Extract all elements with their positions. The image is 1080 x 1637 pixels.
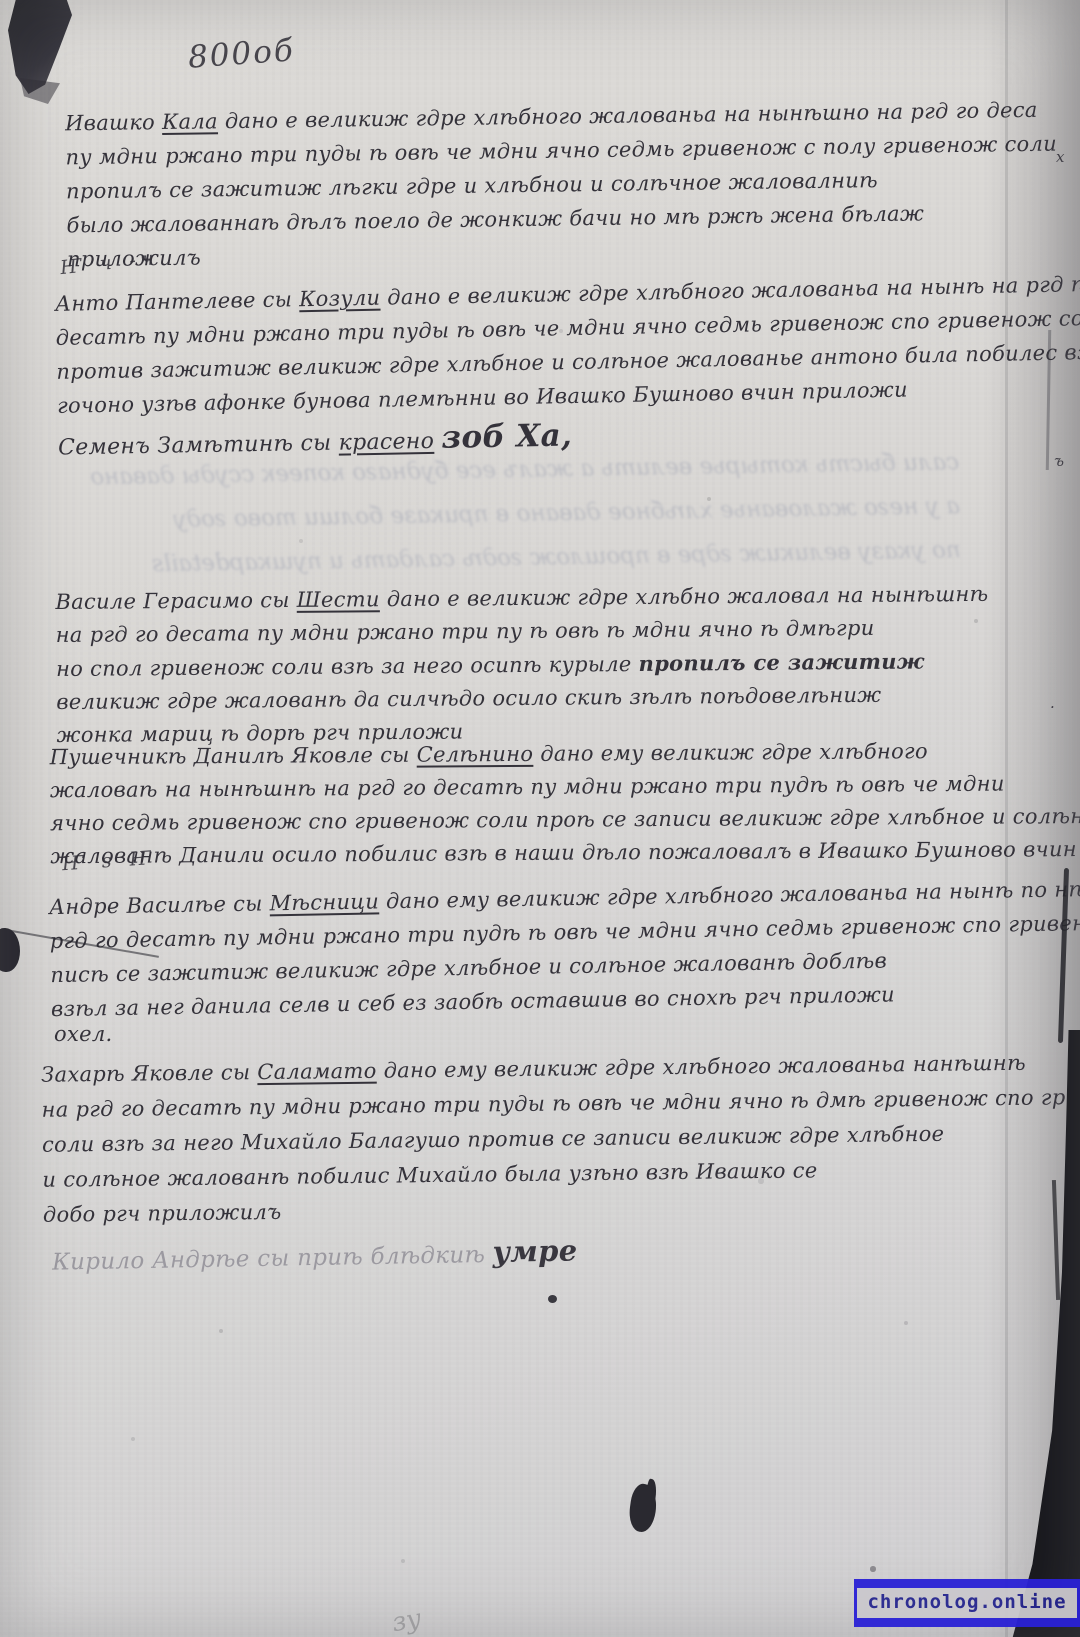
manuscript-page: 800об Ҥ ч -ч Ҥ ѕ Ҥ х ъ . зу сали бысть к… [0, 0, 1080, 1637]
paper-specks [0, 0, 2, 2]
bleedthrough-line: а у него жалованье хлѣбное давано в прик… [60, 484, 961, 544]
manuscript-entry-pushechnik-danila: Пушечникѣ Данилѣ Яковле сы Селѣнино дано… [50, 735, 981, 873]
ink-blot-center-bottom [627, 1482, 659, 1533]
watermark-badge: chronolog.online [854, 1579, 1080, 1627]
handwritten-line: Кирило Андрѣе сы приѣ блѣдкиѣ умре [52, 1233, 578, 1276]
manuscript-entry-ivashko-kalachnik: Ивашко Кала дано е великиж гдре хлѣбного… [65, 94, 982, 277]
manuscript-entry-zahar-salamato: Захарѣ Яковле сы Саламато дано ему велик… [41, 1046, 988, 1233]
ink-blot-top-left [8, 0, 72, 94]
edge-mark-1: х [1056, 148, 1064, 166]
edge-mark-3: . [1050, 694, 1055, 712]
handwritten-line: охел. [54, 1022, 112, 1046]
handwritten-line: Семенъ Замѣтинѣ сы красено зоб Ха, [58, 418, 573, 463]
ink-blot-top-left-smudge [20, 78, 60, 104]
bottom-faint-mark: зу [390, 1604, 424, 1637]
manuscript-entry-andrey-myasnikov: Андре Василѣе сы Мѣсници дано ему велики… [49, 874, 986, 1026]
damaged-black-band [998, 1030, 1080, 1637]
watermark-label: chronolog.online [857, 1588, 1076, 1618]
manuscript-entry-kirilo-umre: Кирило Андрѣе сы приѣ блѣдкиѣ умре [52, 1233, 578, 1276]
manuscript-entry-anto-kozuli: Анто Пантелеве сы Козули дано е великиж … [55, 269, 982, 423]
ink-blot-left-edge [0, 928, 20, 972]
handwritten-line: жалованѣ Данили осило побилис взѣ в наши… [50, 834, 980, 873]
edge-streak-lower [1052, 1180, 1060, 1300]
manuscript-entry-semen-zob: Семенъ Замѣтинѣ сы красено зоб Ха, [58, 418, 573, 463]
manuscript-entry-ohel-note: охел. [54, 1022, 112, 1046]
edge-mark-2: ъ [1054, 452, 1064, 470]
manuscript-entry-vasiley-shesti: Василе Герасимо сы Шести дано е великиж … [55, 578, 981, 752]
ink-dot [548, 1295, 557, 1303]
folio-number: 800об [187, 32, 296, 75]
bleedthrough-text: сали бысть котырье велить а жалъ есе буд… [59, 440, 961, 588]
